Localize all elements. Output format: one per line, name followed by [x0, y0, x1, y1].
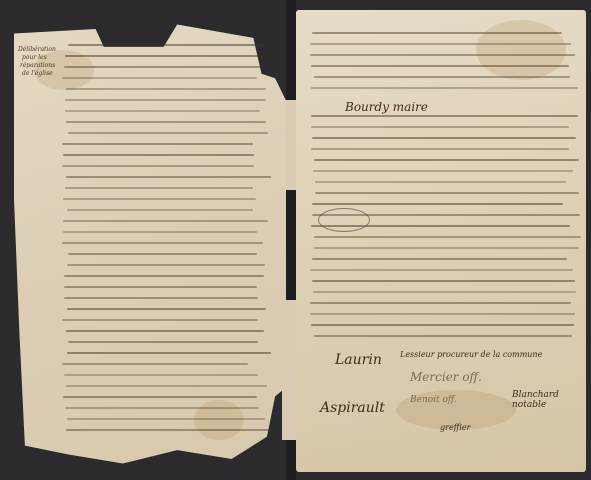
signature: greffier	[440, 423, 470, 432]
signature: Aspirault	[320, 400, 385, 416]
margin-note: de l'église	[22, 70, 53, 77]
mayor-signature: Bourdy maire	[345, 100, 428, 114]
margin-note: réparations	[20, 62, 55, 69]
margin-note: pour les	[22, 54, 47, 61]
signature: Lessieur procureur de la commune	[400, 350, 542, 359]
archive-stamp	[318, 208, 370, 232]
margin-note: Délibération	[18, 46, 56, 53]
signature: Benoit off.	[410, 395, 457, 405]
signature: Mercier off.	[410, 370, 482, 384]
signature: Laurin	[335, 352, 382, 368]
signature: Blanchard notable	[512, 390, 591, 410]
